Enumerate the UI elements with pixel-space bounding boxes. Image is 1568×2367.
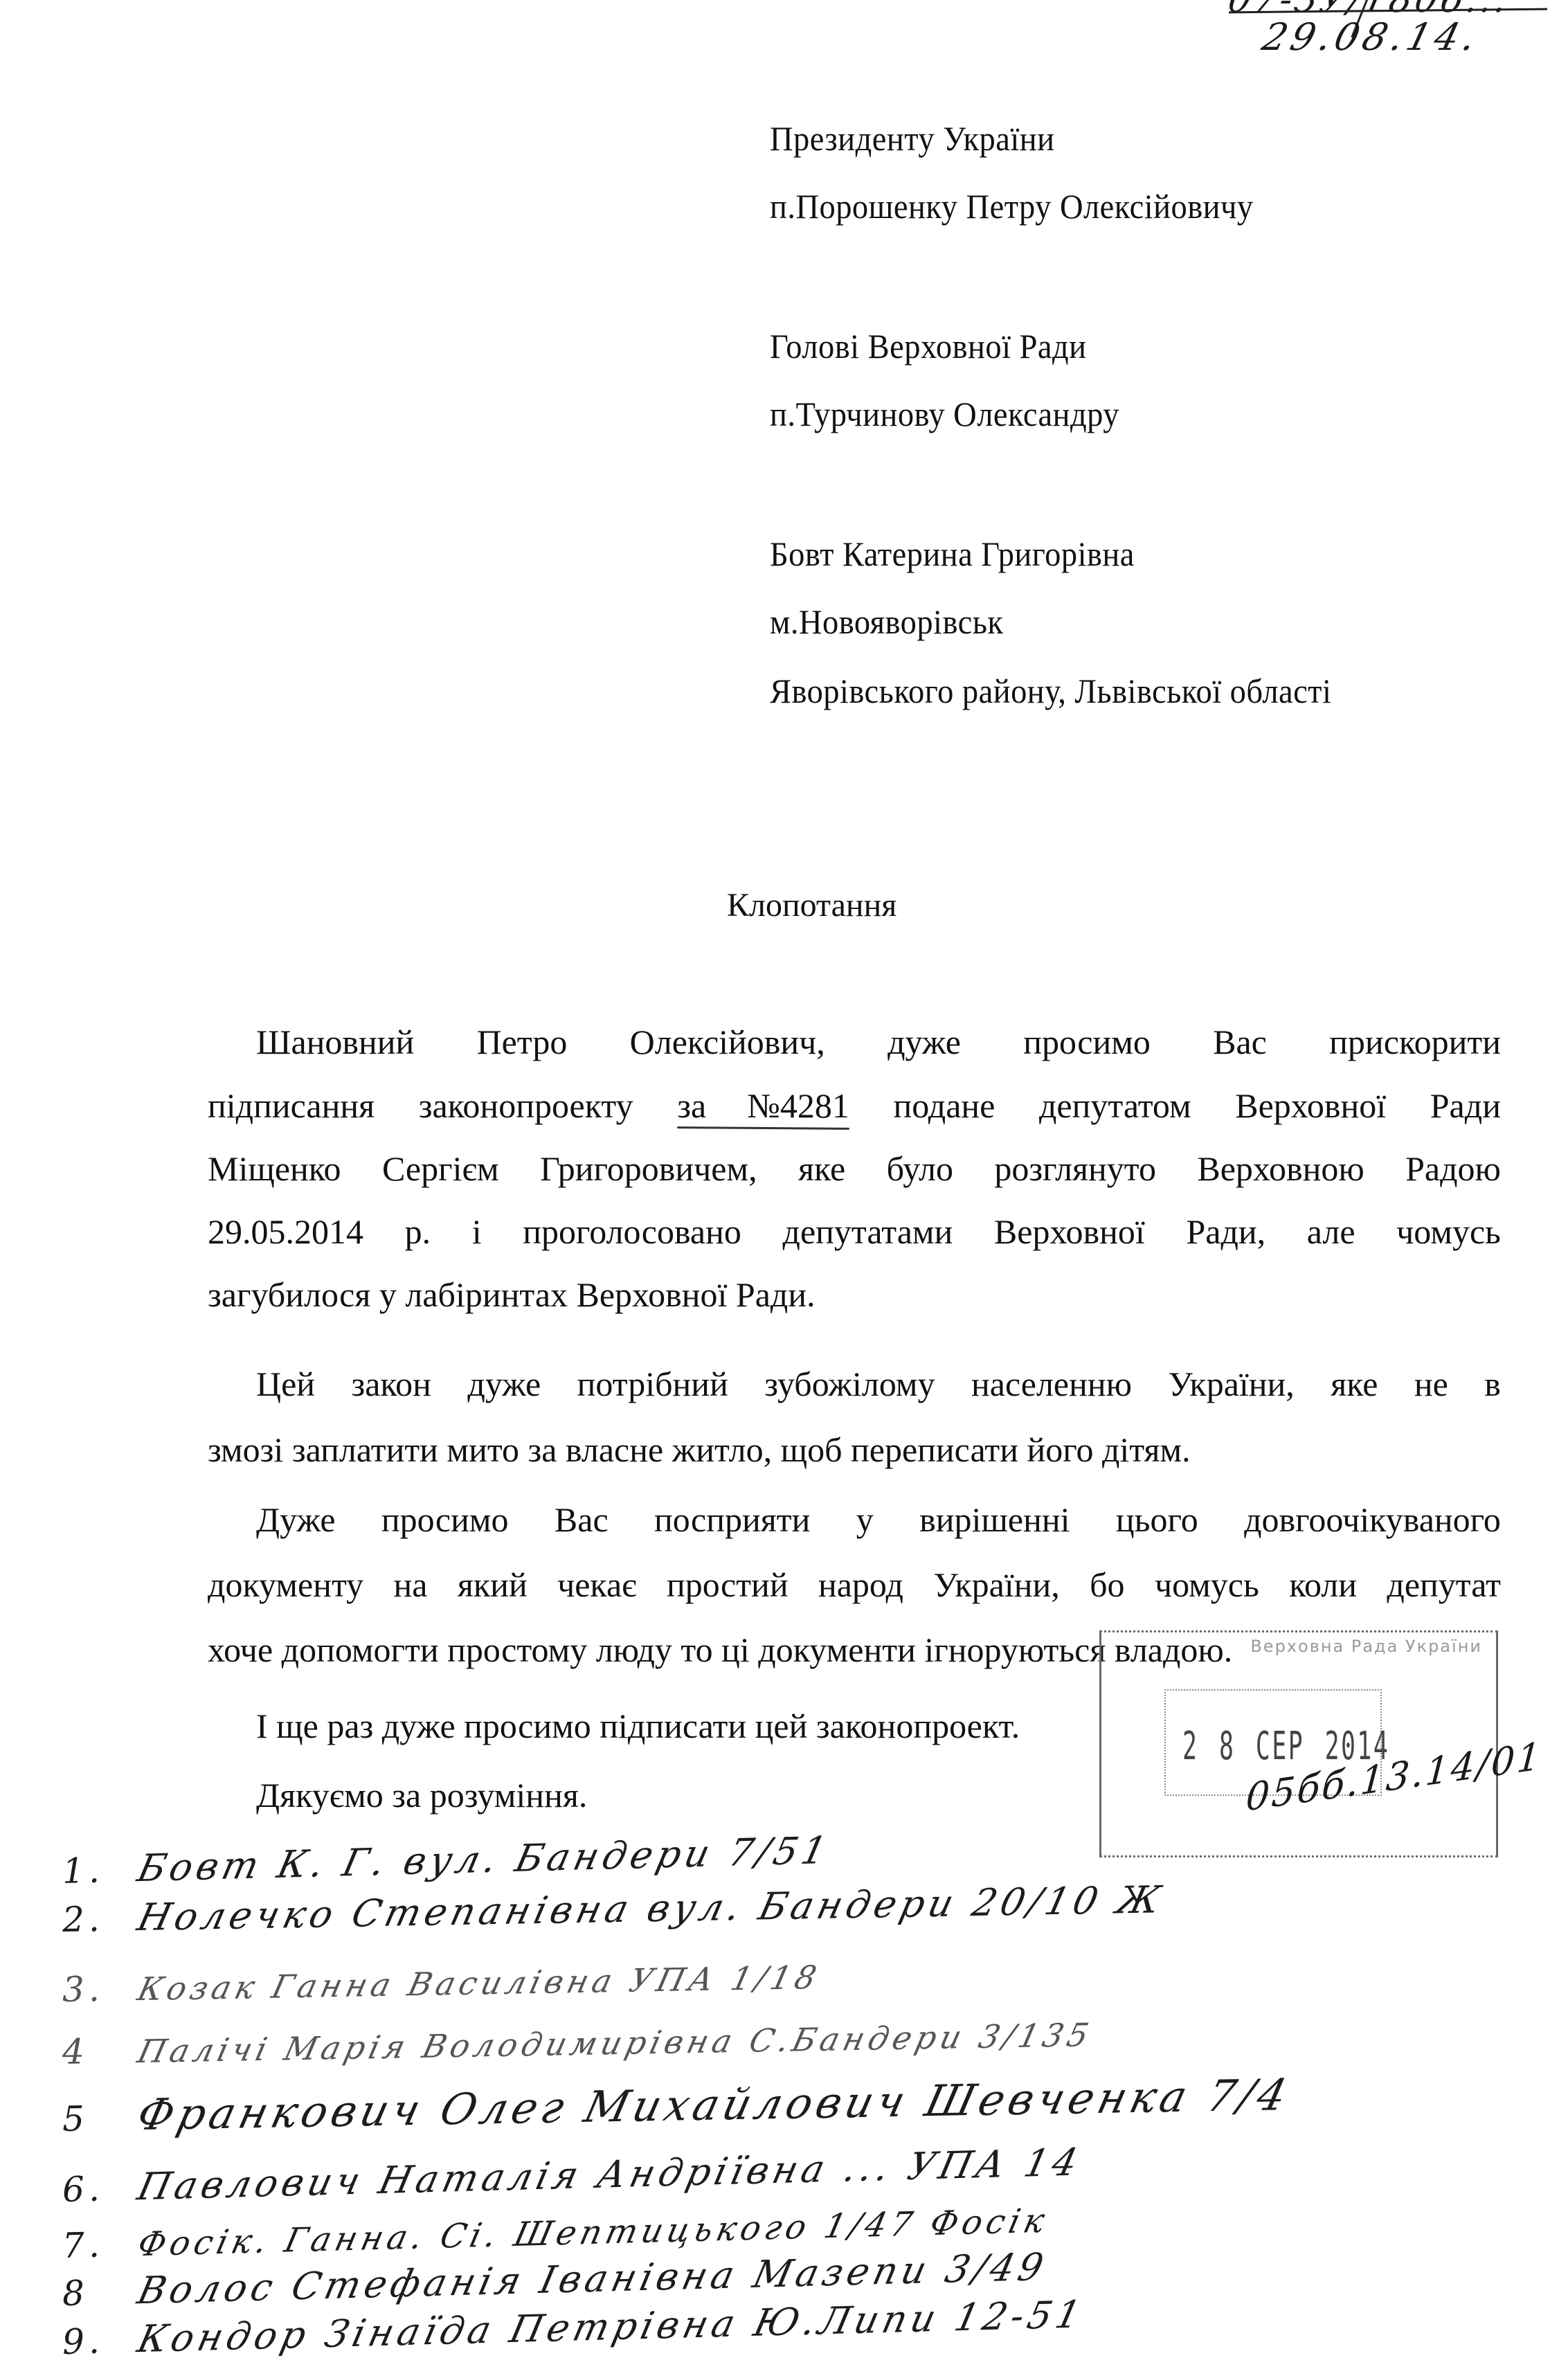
signature-text: Франкович Олег Михайлович Шевченка 7/4 bbox=[133, 2069, 1296, 2140]
signature-text: Бовт К. Г. вул. Бандери 7/51 bbox=[134, 1828, 835, 1891]
word: Верховної bbox=[994, 1211, 1145, 1252]
word: Олексійович, bbox=[630, 1021, 825, 1063]
scanned-letter-page: 07-ЗУ/1806... 29.08.14. Президенту Украї… bbox=[0, 0, 1568, 2367]
word: бо bbox=[1090, 1564, 1124, 1605]
bill-number: №4281 bbox=[747, 1086, 849, 1125]
signature-row: 6.Павлович Наталія Андріївна ... УПА 14 bbox=[62, 2140, 1081, 2210]
sender-city: м.Новояворівськ bbox=[770, 601, 1003, 642]
sender-region: Яворівського району, Львівської області bbox=[770, 670, 1331, 712]
word: України, bbox=[933, 1564, 1059, 1605]
paragraph-3-line-3: хоче допомогти простому люду то ці докум… bbox=[208, 1629, 1232, 1671]
word: дуже bbox=[467, 1363, 541, 1405]
signature-number: 5 bbox=[62, 2098, 139, 2139]
word: 29.05.2014 bbox=[208, 1211, 363, 1252]
word: простий bbox=[667, 1564, 788, 1605]
word: просимо bbox=[1023, 1021, 1151, 1063]
word: Петро bbox=[477, 1021, 568, 1063]
addressee-chairman-title: Голові Верховної Ради bbox=[770, 325, 1086, 367]
word: Цей bbox=[256, 1363, 315, 1405]
word: чомусь bbox=[1396, 1211, 1501, 1252]
word: довгоочікуваного bbox=[1244, 1499, 1501, 1540]
paragraph-1-line-3: Міщенко Сергієм Григоровичем, яке було р… bbox=[208, 1148, 1501, 1189]
paragraph-2-line-2: змозі заплатити мито за власне житло, що… bbox=[208, 1429, 1191, 1470]
word: закон bbox=[351, 1363, 431, 1405]
paragraph-4: І ще раз дуже просимо підписати цей зако… bbox=[256, 1705, 1020, 1747]
word: Ради, bbox=[1186, 1211, 1265, 1252]
word: але bbox=[1307, 1211, 1355, 1252]
addressee-president-title: Президенту України bbox=[770, 118, 1054, 159]
word: підписання bbox=[208, 1085, 375, 1126]
signature-row: 3.Козак Ганна Василівна УПА 1/18 bbox=[62, 1956, 820, 2010]
word: подане bbox=[893, 1085, 995, 1126]
signature-row: 1.Бовт К. Г. вул. Бандери 7/51 bbox=[62, 1828, 830, 1892]
word: р. bbox=[405, 1211, 431, 1252]
word: Григоровичем, bbox=[540, 1148, 757, 1189]
stamp-header: Верховна Рада України bbox=[1250, 1637, 1482, 1656]
handwritten-registration-mark: 07-ЗУ/1806... 29.08.14. bbox=[1201, 0, 1554, 62]
word: за bbox=[677, 1086, 706, 1125]
word: Шановний bbox=[256, 1021, 414, 1063]
word: Верховної bbox=[1235, 1085, 1386, 1126]
signature-number: 6. bbox=[62, 2168, 138, 2210]
word: законопроекту bbox=[419, 1085, 633, 1126]
word: який bbox=[458, 1564, 528, 1605]
word: розглянуто bbox=[994, 1148, 1156, 1189]
paragraph-1-line-5: загубилося у лабіринтах Верховної Ради. bbox=[208, 1274, 815, 1315]
underlined-bill-reference: за №4281 bbox=[677, 1085, 849, 1126]
paragraph-1-line-4: 29.05.2014 р. і проголосовано депутатами… bbox=[208, 1211, 1501, 1252]
word: депутатами bbox=[783, 1211, 953, 1252]
word: на bbox=[394, 1564, 428, 1605]
word: Міщенко bbox=[208, 1148, 341, 1189]
paragraph-2-line-1: Цей закон дуже потрібний зубожілому насе… bbox=[256, 1363, 1501, 1405]
word: Сергієм bbox=[382, 1148, 499, 1189]
paragraph-5-closing: Дякуємо за розуміння. bbox=[256, 1774, 587, 1816]
word: цього bbox=[1116, 1499, 1198, 1540]
word: яке bbox=[1331, 1363, 1378, 1405]
paragraph-3-line-2: документу на який чекає простий народ Ук… bbox=[208, 1564, 1501, 1605]
word: просимо bbox=[381, 1499, 509, 1540]
word: у bbox=[856, 1499, 874, 1540]
word: Дуже bbox=[256, 1499, 336, 1540]
signature-number: 8 bbox=[62, 2271, 138, 2314]
signature-number: 3. bbox=[62, 1968, 138, 2010]
signature-number: 7. bbox=[62, 2224, 138, 2266]
word: документу bbox=[208, 1564, 363, 1605]
word: Вас bbox=[1213, 1021, 1267, 1063]
addressee-president-name: п.Порошенку Петру Олексійовичу bbox=[770, 186, 1254, 227]
signature-row: 5Франкович Олег Михайлович Шевченка 7/4 bbox=[62, 2069, 1290, 2141]
word: вирішенні bbox=[919, 1499, 1070, 1540]
word: Вас bbox=[555, 1499, 609, 1540]
paragraph-1-line-1: Шановний Петро Олексійович, дуже просимо… bbox=[256, 1021, 1501, 1063]
signature-number: 4 bbox=[62, 2031, 138, 2072]
document-title: Клопотання bbox=[727, 885, 896, 926]
word: посприяти bbox=[654, 1499, 810, 1540]
word: зубожілому bbox=[764, 1363, 935, 1405]
word: яке bbox=[798, 1148, 845, 1189]
signature-number: 2. bbox=[62, 1898, 139, 1940]
word: Ради bbox=[1430, 1085, 1501, 1126]
signature-row: 4Палічі Марія Володимирівна С.Бандери 3/… bbox=[62, 2014, 1092, 2072]
signature-text: Палічі Марія Володимирівна С.Бандери 3/1… bbox=[134, 2016, 1097, 2070]
signature-text: Нолечко Степанівна вул. Бандери 20/10 Ж bbox=[134, 1878, 1169, 1939]
word: Радою bbox=[1405, 1148, 1501, 1189]
word: чомусь bbox=[1155, 1564, 1259, 1605]
word: в bbox=[1484, 1363, 1501, 1405]
word: депутат bbox=[1387, 1564, 1501, 1605]
word: Верховною bbox=[1197, 1148, 1364, 1189]
word: депутатом bbox=[1039, 1085, 1191, 1126]
registration-date-handwritten: 29.08.14. bbox=[1258, 15, 1484, 59]
paragraph-3-line-1: Дуже просимо Вас посприяти у вирішенні ц… bbox=[256, 1499, 1501, 1540]
word: прискорити bbox=[1329, 1021, 1501, 1063]
word: проголосовано bbox=[523, 1211, 741, 1252]
paragraph-1-line-2: підписання законопроекту за №4281 подане… bbox=[208, 1085, 1501, 1126]
word: України, bbox=[1168, 1363, 1294, 1405]
sender-name: Бовт Катерина Григорівна bbox=[770, 533, 1135, 575]
addressee-chairman-name: п.Турчинову Олександру bbox=[770, 393, 1119, 435]
word: не bbox=[1414, 1363, 1448, 1405]
signature-number: 9. bbox=[62, 2320, 138, 2362]
word: народ bbox=[818, 1564, 903, 1605]
signature-number: 1. bbox=[62, 1849, 138, 1891]
word: коли bbox=[1289, 1564, 1357, 1605]
word: дуже bbox=[887, 1021, 961, 1063]
word: і bbox=[472, 1211, 482, 1252]
word: потрібний bbox=[577, 1363, 728, 1405]
word: населенню bbox=[971, 1363, 1132, 1405]
signature-text: Козак Ганна Василівна УПА 1/18 bbox=[134, 1959, 824, 2008]
signature-text: Павлович Наталія Андріївна ... УПА 14 bbox=[134, 2140, 1085, 2208]
word: було bbox=[887, 1148, 953, 1189]
word: чекає bbox=[557, 1564, 637, 1605]
